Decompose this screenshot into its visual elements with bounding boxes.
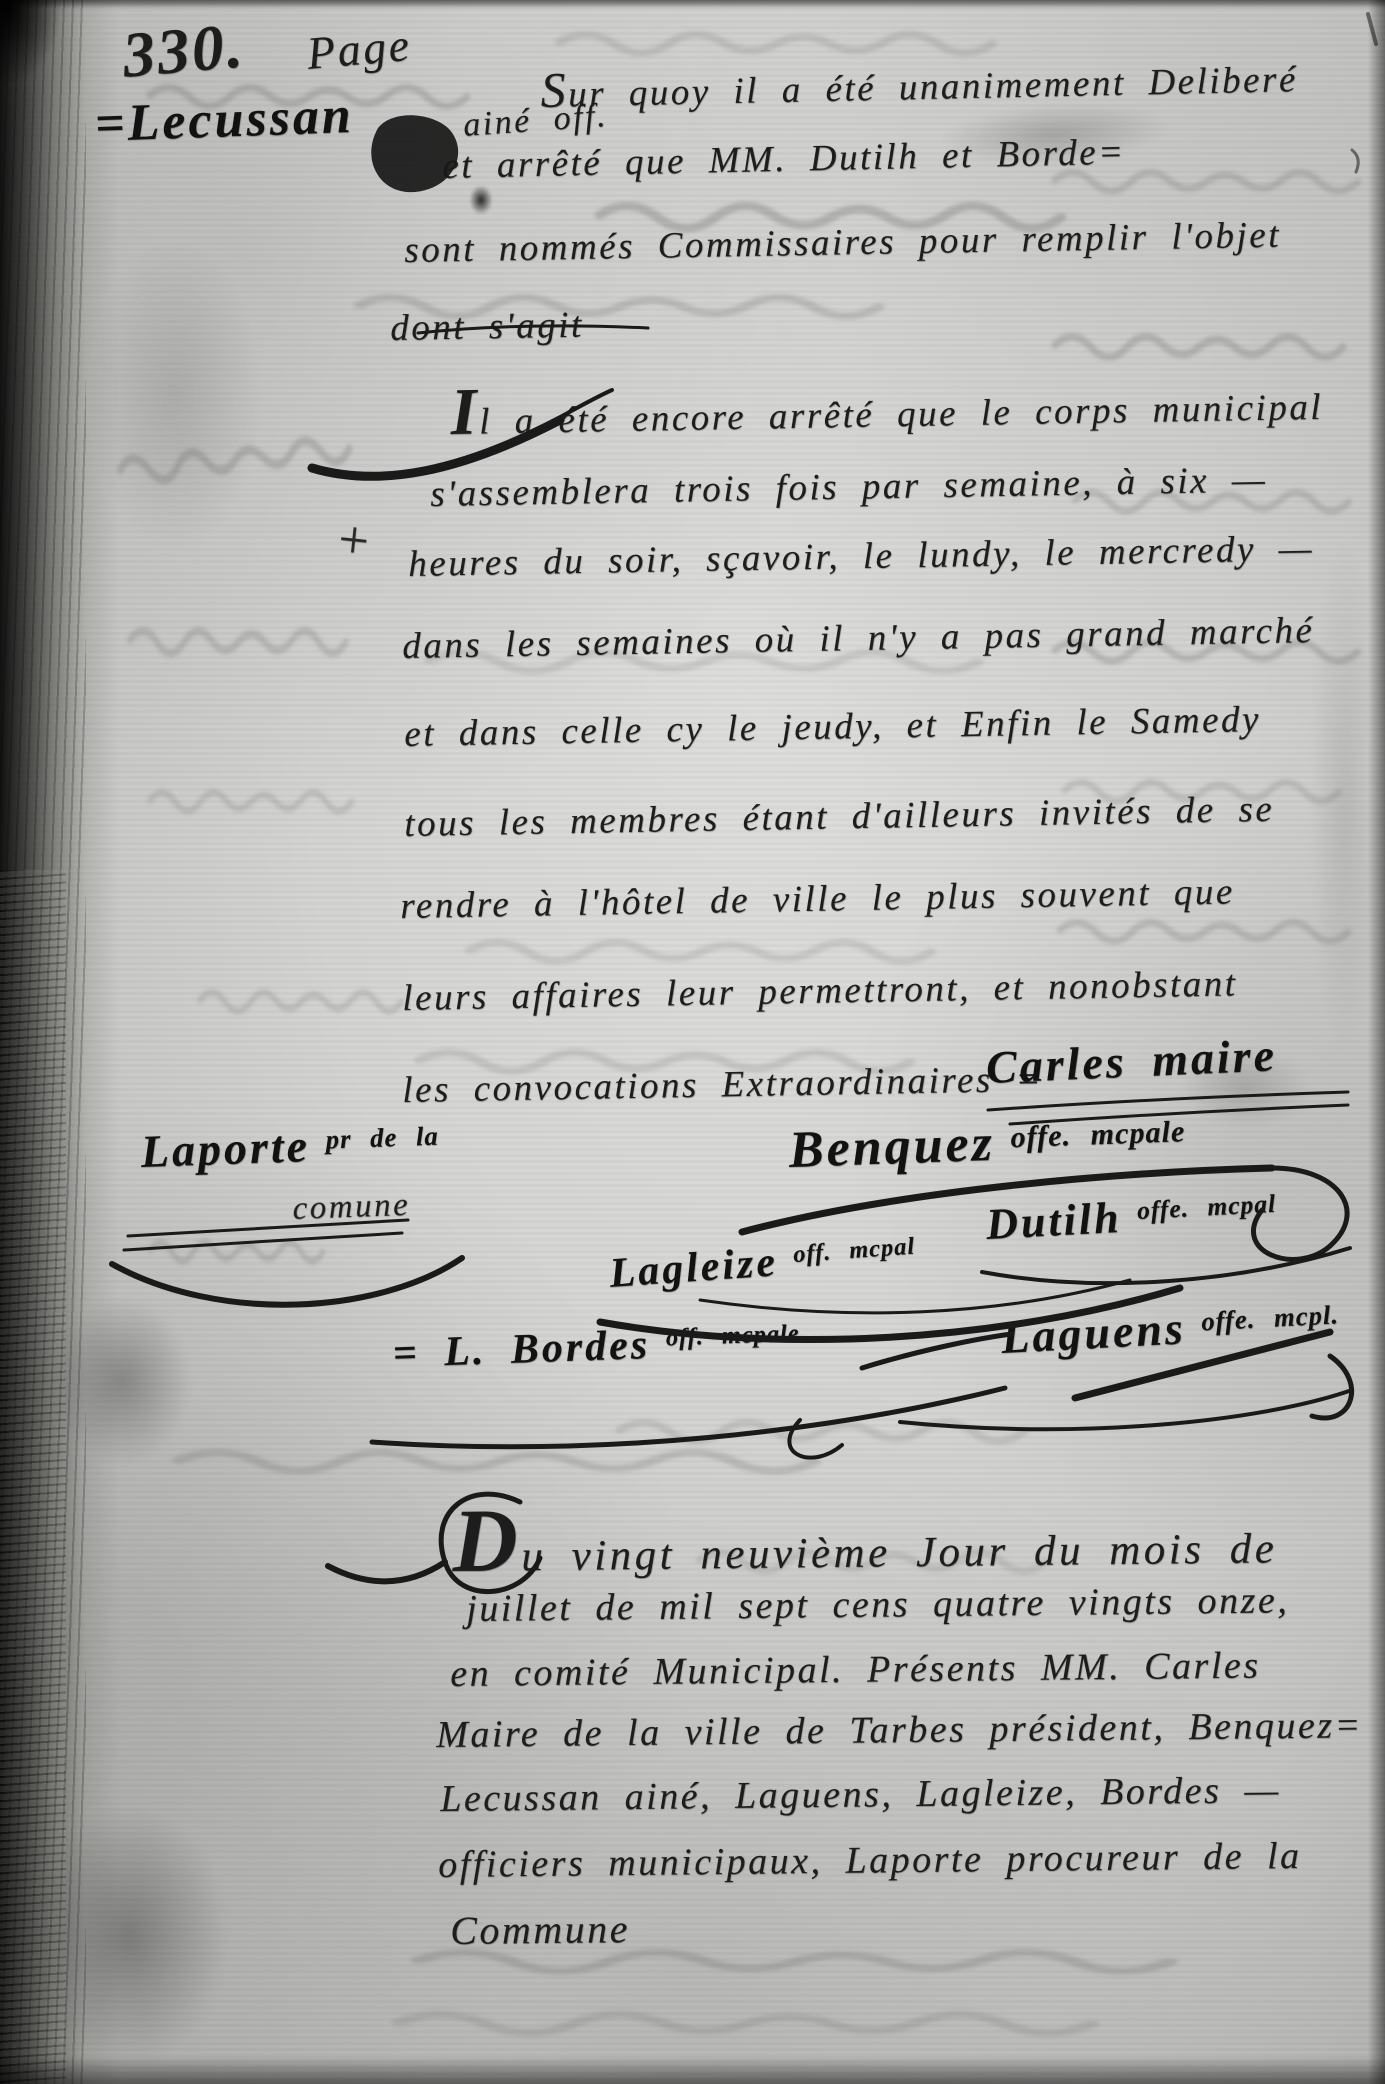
scan-edge-right (1368, 0, 1385, 2084)
body-line: en comité Municipal. Présents MM. Carles (450, 1647, 1261, 1695)
signature-title: pr de la (325, 1121, 439, 1155)
signature-dutilh: Dutilhoffe. mcpal (985, 1187, 1278, 1248)
signature-lagleize: Lagleizeoff. mcpal (608, 1231, 917, 1296)
page-stack-edge (0, 870, 66, 2084)
signature-name: Benquez (788, 1115, 996, 1179)
body-line: Il a été encore arrêté que le corps muni… (450, 363, 1323, 448)
body-line: et arrêté que MM. Dutilh et Borde= (442, 134, 1126, 187)
body-line: leurs affaires leur permettront, et nono… (402, 965, 1238, 1018)
body-line: s'assemblera trois fois par semaine, à s… (430, 461, 1268, 514)
scan-page: 330. Page =Lecussan ainé off. + Sur quoy… (0, 0, 1385, 2084)
dutilh-underline (982, 1248, 1350, 1283)
body-line: heures du soir, sçavoir, le lundy, le me… (408, 530, 1314, 585)
scan-edge-top (0, 0, 1385, 9)
body-line: Lecussan ainé, Laguens, Lagleize, Bordes… (440, 1771, 1281, 1820)
signature-title: off. mcpale (665, 1320, 800, 1352)
signature-name: Lagleize (608, 1239, 779, 1297)
ink-blot (470, 186, 492, 214)
page-number: 330. (120, 11, 247, 89)
signature-name: = L. Bordes (392, 1322, 651, 1377)
body-line: juillet de mil sept cens quatre vingts o… (466, 1581, 1289, 1630)
body-line: officiers municipaux, Laporte procureur … (438, 1837, 1302, 1886)
body-line: dont s'agit (390, 307, 584, 349)
laporte-paraph (112, 1220, 462, 1305)
signature-laporte-line2: comune (292, 1188, 411, 1227)
signature-name: Laporte (140, 1120, 311, 1177)
body-line: Commune (450, 1908, 630, 1952)
signature-title: offe. mcpl. (1200, 1299, 1339, 1336)
page-number-label: Page (305, 21, 413, 78)
body-line: les convocations Extraordinaires = (402, 1061, 1043, 1111)
body-line: Maire de la ville de Tarbes président, B… (436, 1706, 1363, 1756)
body-line: Du vingt neuvième Jour du mois de (452, 1485, 1278, 1588)
signature-laguens: Laguensoffe. mcpl. (1000, 1296, 1340, 1362)
body-line: sont nommés Commissaires pour remplir l'… (404, 217, 1281, 271)
signature-title: offe. mcpale (1010, 1114, 1186, 1154)
signature-laporte: Laportepr de la (140, 1118, 440, 1177)
bordes-underline (372, 1388, 1005, 1458)
signature-carles-maire: Carles maire (985, 1031, 1278, 1092)
body-line: dans les semaines où il n'y a pas grand … (402, 612, 1315, 667)
scan-edge-bottom (0, 2056, 1385, 2084)
scan-corner-shadow (0, 0, 62, 86)
margin-cross-mark: + (332, 510, 377, 570)
signature-title: off. mcpal (792, 1233, 916, 1268)
signature-name: Laguens (1000, 1302, 1187, 1363)
signature-benquez: Benquezoffe. mcpale (788, 1110, 1186, 1178)
body-line: tous les membres étant d'ailleurs invité… (404, 791, 1275, 845)
body-line: et dans celle cy le jeudy, et Enfin le S… (404, 701, 1261, 755)
signature-bordes: = L. Bordesoff. mcpale (392, 1318, 801, 1376)
signature-name: Dutilh (985, 1193, 1123, 1249)
margin-note-lecussan: =Lecussan (94, 89, 355, 153)
body-line: Sur quoy il a été unanimement Deliberé (540, 48, 1298, 116)
signature-name: Carles maire (985, 1029, 1278, 1093)
body-line: rendre à l'hôtel de ville le plus souven… (400, 873, 1235, 926)
signature-title: offe. mcpal (1136, 1189, 1276, 1225)
